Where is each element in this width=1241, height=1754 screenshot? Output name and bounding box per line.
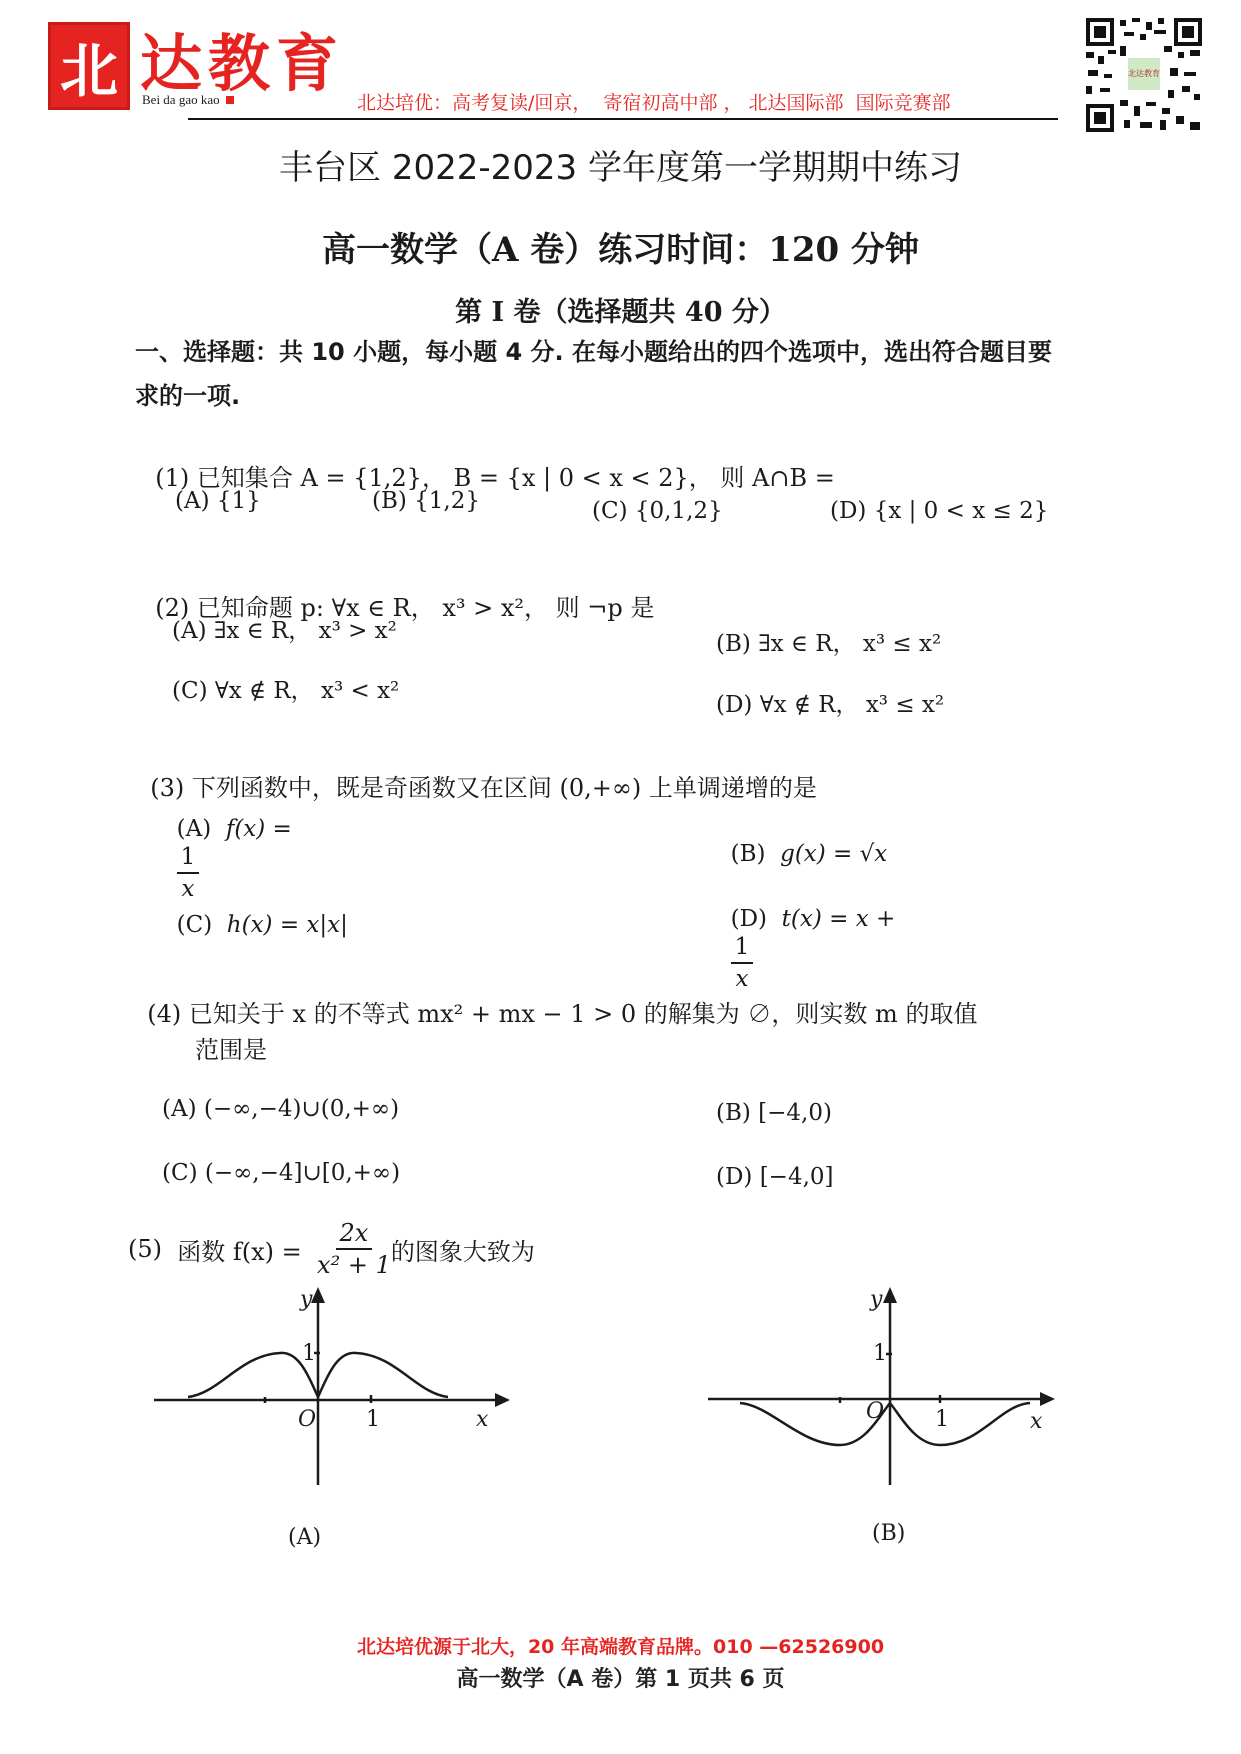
header-divider — [188, 118, 1058, 120]
question-number: (5) — [128, 1235, 162, 1263]
y-tick-label: 1 — [873, 1341, 887, 1366]
exam-subtitle: 高一数学（A 卷）练习时间：120 分钟 — [0, 222, 1241, 271]
question-number: (4) — [147, 1000, 181, 1028]
option-label: (B) — [731, 841, 766, 867]
x-tick-label: 1 — [935, 1407, 949, 1432]
origin-label: O — [298, 1407, 316, 1432]
logo-mark: 北 — [48, 22, 130, 110]
option-label: (A) — [177, 816, 212, 842]
question-4-option-b[interactable]: (B) [−4,0) — [716, 1100, 832, 1126]
qr-code-icon: 北达教育 — [1084, 16, 1204, 134]
option-expression: g(x) = √x — [780, 841, 887, 867]
question-4-stem-continued: 范围是 — [195, 1030, 267, 1065]
x-tick-label: 1 — [366, 1407, 380, 1432]
question-1-option-a[interactable]: (A) {1} — [175, 488, 261, 514]
question-text: 已知关于 x 的不等式 mx² + mx − 1 > 0 的解集为 ∅，则实数 … — [189, 1000, 978, 1028]
question-4-stem: (4) 已知关于 x 的不等式 mx² + mx − 1 > 0 的解集为 ∅，… — [132, 966, 977, 1029]
y-tick-label: 1 — [302, 1341, 316, 1366]
logo-text: 达教育 — [140, 14, 344, 103]
question-2-option-b[interactable]: (B) ∃x ∈ R， x³ ≤ x² — [716, 625, 941, 658]
question-3-option-c[interactable]: (C) h(x) = x|x| — [162, 886, 348, 938]
qr-center-badge: 北达教育 — [1128, 58, 1160, 90]
question-text-suffix: 的图象大致为 — [391, 1232, 535, 1267]
graph-a-icon — [140, 1285, 520, 1515]
question-4-option-c[interactable]: (C) (−∞,−4]∪[0,+∞) — [162, 1160, 400, 1186]
option-label: (D) — [731, 906, 767, 932]
question-5-figure-a[interactable]: y 1 O 1 x (A) — [140, 1285, 520, 1565]
question-1-option-d[interactable]: (D) {x | 0 < x ≤ 2} — [830, 498, 1048, 524]
question-4-option-d[interactable]: (D) [−4,0] — [716, 1164, 834, 1190]
question-4-option-a[interactable]: (A) (−∞,−4)∪(0,+∞) — [162, 1096, 399, 1122]
square-icon — [226, 96, 234, 104]
page-number: 高一数学（A 卷）第 1 页共 6 页 — [0, 1662, 1241, 1693]
header-slogan: 北达培优：高考复读/回京， 寄宿初高中部 ， 北达国际部 国际竞赛部 — [357, 88, 951, 115]
question-text: 已知集合 A = {1,2}， B = {x | 0 < x < 2}， 则 A… — [197, 464, 835, 492]
y-axis-label: y — [870, 1287, 882, 1312]
question-text: 函数 f(x) = — [177, 1232, 302, 1267]
option-label: (C) — [177, 912, 213, 938]
question-2-option-a[interactable]: (A) ∃x ∈ R， x³ > x² — [172, 612, 397, 645]
logo-mark-char: 北 — [60, 24, 118, 108]
denominator: x² + 1 — [317, 1250, 391, 1280]
question-2-option-c[interactable]: (C) ∀x ∉ R， x³ < x² — [172, 672, 399, 705]
figure-label: (A) — [288, 1525, 321, 1550]
question-1-option-c[interactable]: (C) {0,1,2} — [592, 498, 723, 524]
numerator: 1 — [177, 842, 200, 874]
exam-title: 丰台区 2022-2023 学年度第一学期期中练习 — [0, 140, 1241, 189]
origin-label: O — [866, 1399, 884, 1424]
question-2-option-d[interactable]: (D) ∀x ∉ R， x³ ≤ x² — [716, 686, 944, 719]
option-expression: h(x) = x|x| — [227, 912, 348, 938]
numerator: 2x — [336, 1218, 373, 1250]
x-axis-label: x — [476, 1407, 488, 1432]
question-1-option-b[interactable]: (B) {1,2} — [372, 488, 480, 514]
y-axis-label: y — [300, 1287, 312, 1312]
numerator: 1 — [731, 932, 754, 964]
option-expression: f(x) = — [226, 816, 292, 842]
question-1-stem: (1) 已知集合 A = {1,2}， B = {x | 0 < x < 2}，… — [140, 430, 835, 493]
section-instructions: 一、选择题：共 10 小题，每小题 4 分. 在每小题给出的四个选项中，选出符合… — [135, 330, 1065, 418]
x-axis-label: x — [1030, 1409, 1042, 1434]
fraction: 2xx² + 1 — [317, 1218, 391, 1280]
part-title: 第 I 卷（选择题共 40 分） — [0, 290, 1241, 329]
question-3-option-b[interactable]: (B) g(x) = √x — [716, 815, 887, 867]
logo-subtitle: Bei da gao kao — [142, 92, 234, 108]
question-5-stem: (5) 函数 f(x) = 2xx² + 1 的图象大致为 — [128, 1218, 535, 1280]
option-expression: t(x) = x + — [782, 906, 896, 932]
figure-label: (B) — [872, 1521, 905, 1546]
question-5-figure-b[interactable]: y 1 O 1 x (B) — [690, 1285, 1070, 1565]
logo-subtitle-text: Bei da gao kao — [142, 92, 220, 107]
footer-promo: 北达培优源于北大，20 年高端教育品牌。010 —62526900 — [0, 1632, 1241, 1659]
